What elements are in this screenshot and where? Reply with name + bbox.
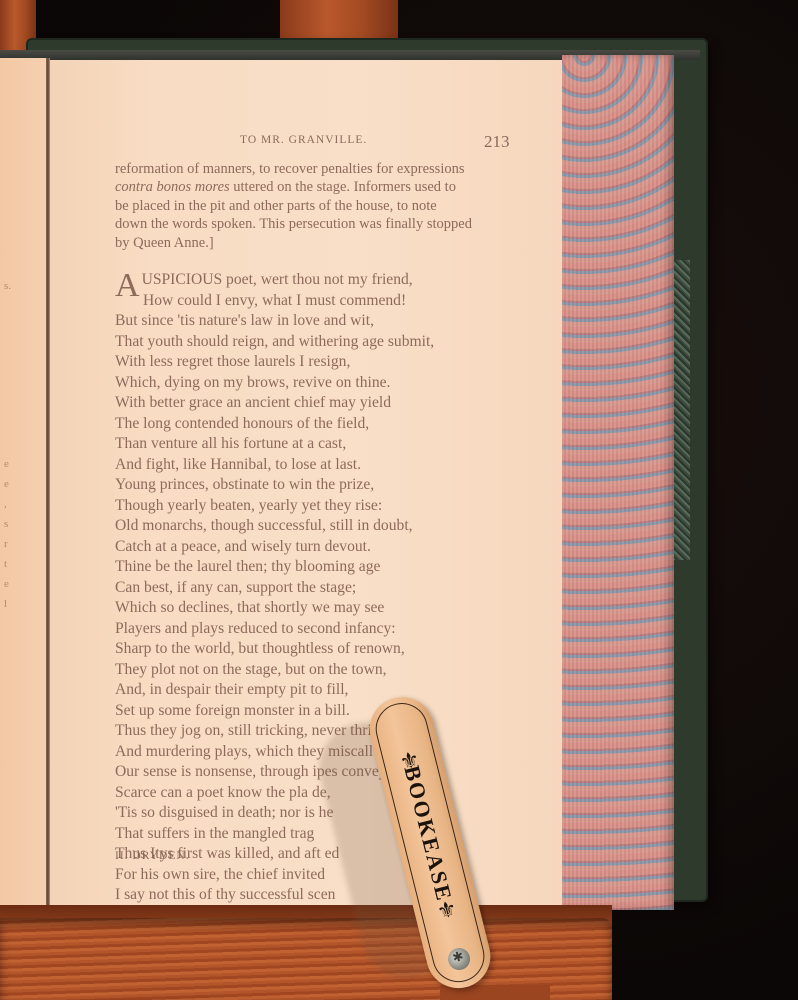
- running-head: TO MR. GRANVILLE.: [240, 134, 367, 146]
- poem-line: Which, dying on my brows, revive on thin…: [115, 373, 515, 394]
- poem-line: Though yearly beaten, yearly yet they ri…: [115, 496, 515, 517]
- poem-line: With better grace an ancient chief may y…: [115, 393, 515, 414]
- left-page-fragment: t: [4, 558, 7, 570]
- poem-line: With less regret those laurels I resign,: [115, 352, 515, 373]
- poem-line: Scarce can a poet know the pla de,: [115, 783, 515, 804]
- printer-signature: II. DRYDEN.: [115, 850, 190, 862]
- note-line-rest: uttered on the stage. Informers used to: [233, 179, 456, 195]
- poem-line: But since 'tis nature's law in love and …: [115, 311, 515, 332]
- footnote-block: reformation of manners, to recover penal…: [115, 160, 515, 252]
- poem-line: They plot not on the stage, but on the t…: [115, 660, 515, 681]
- poem-first-line: AUSPICIOUS poet, wert thou not my friend…: [115, 270, 515, 291]
- left-page-fragment: e: [4, 458, 9, 470]
- poem-line: That youth should reign, and withering a…: [115, 332, 515, 353]
- poem-line: And fight, like Hannibal, to lose at las…: [115, 455, 515, 476]
- poem-line: Players and plays reduced to second infa…: [115, 619, 515, 640]
- poem-line: Our sense is nonsense, through ipes conv…: [115, 762, 515, 783]
- poem-line: USPICIOUS poet, wert thou not my friend,: [142, 271, 413, 288]
- poem-line: Can best, if any can, support the stage;: [115, 578, 515, 599]
- left-page-fragment: e: [4, 478, 9, 490]
- marbled-fore-edge: [562, 55, 674, 910]
- page-number: 213: [484, 132, 510, 152]
- poem-line: And, in despair their empty pit to fill,: [115, 680, 515, 701]
- poem-line: Than venture all his fortune at a cast,: [115, 434, 515, 455]
- poem-line: Thus they jog on, still tricking, never …: [115, 721, 515, 742]
- poem-line: And murdering plays, which they miscall …: [115, 742, 515, 763]
- latin-phrase: contra bonos mores: [115, 179, 230, 195]
- poem-line: How could I envy, what I must commend!: [115, 291, 515, 312]
- left-page-fragment: s: [4, 518, 8, 530]
- left-page: s. e e , s r t e l: [0, 58, 48, 918]
- poem-line: Sharp to the world, but thoughtless of r…: [115, 639, 515, 660]
- note-line: be placed in the pit and other parts of …: [115, 197, 515, 215]
- left-page-fragment: e: [4, 578, 9, 590]
- left-page-fragment: l: [4, 598, 7, 610]
- poem-line: Young princes, obstinate to win the priz…: [115, 475, 515, 496]
- note-line: down the words spoken. This persecution …: [115, 215, 515, 233]
- note-line: reformation of manners, to recover penal…: [115, 160, 515, 178]
- note-line: by Queen Anne.]: [115, 234, 515, 252]
- left-page-fragment: ,: [4, 498, 7, 510]
- drop-cap: A: [115, 272, 140, 300]
- note-line: contra bonos mores uttered on the stage.…: [115, 178, 515, 196]
- poem-line: Thine be the laurel then; thy blooming a…: [115, 557, 515, 578]
- poem-line: The long contended honours of the field,: [115, 414, 515, 435]
- poem-line: Old monarchs, though successful, still i…: [115, 516, 515, 537]
- poem-line: Set up some foreign monster in a bill.: [115, 701, 515, 722]
- poem-line: Which so declines, that shortly we may s…: [115, 598, 515, 619]
- photo-scene: s. e e , s r t e l TO MR. GRANVILLE. 213…: [0, 0, 798, 1000]
- poem-line: Catch at a peace, and wisely turn devout…: [115, 537, 515, 558]
- left-page-fragment: s.: [4, 280, 11, 292]
- left-page-fragment: r: [4, 538, 8, 550]
